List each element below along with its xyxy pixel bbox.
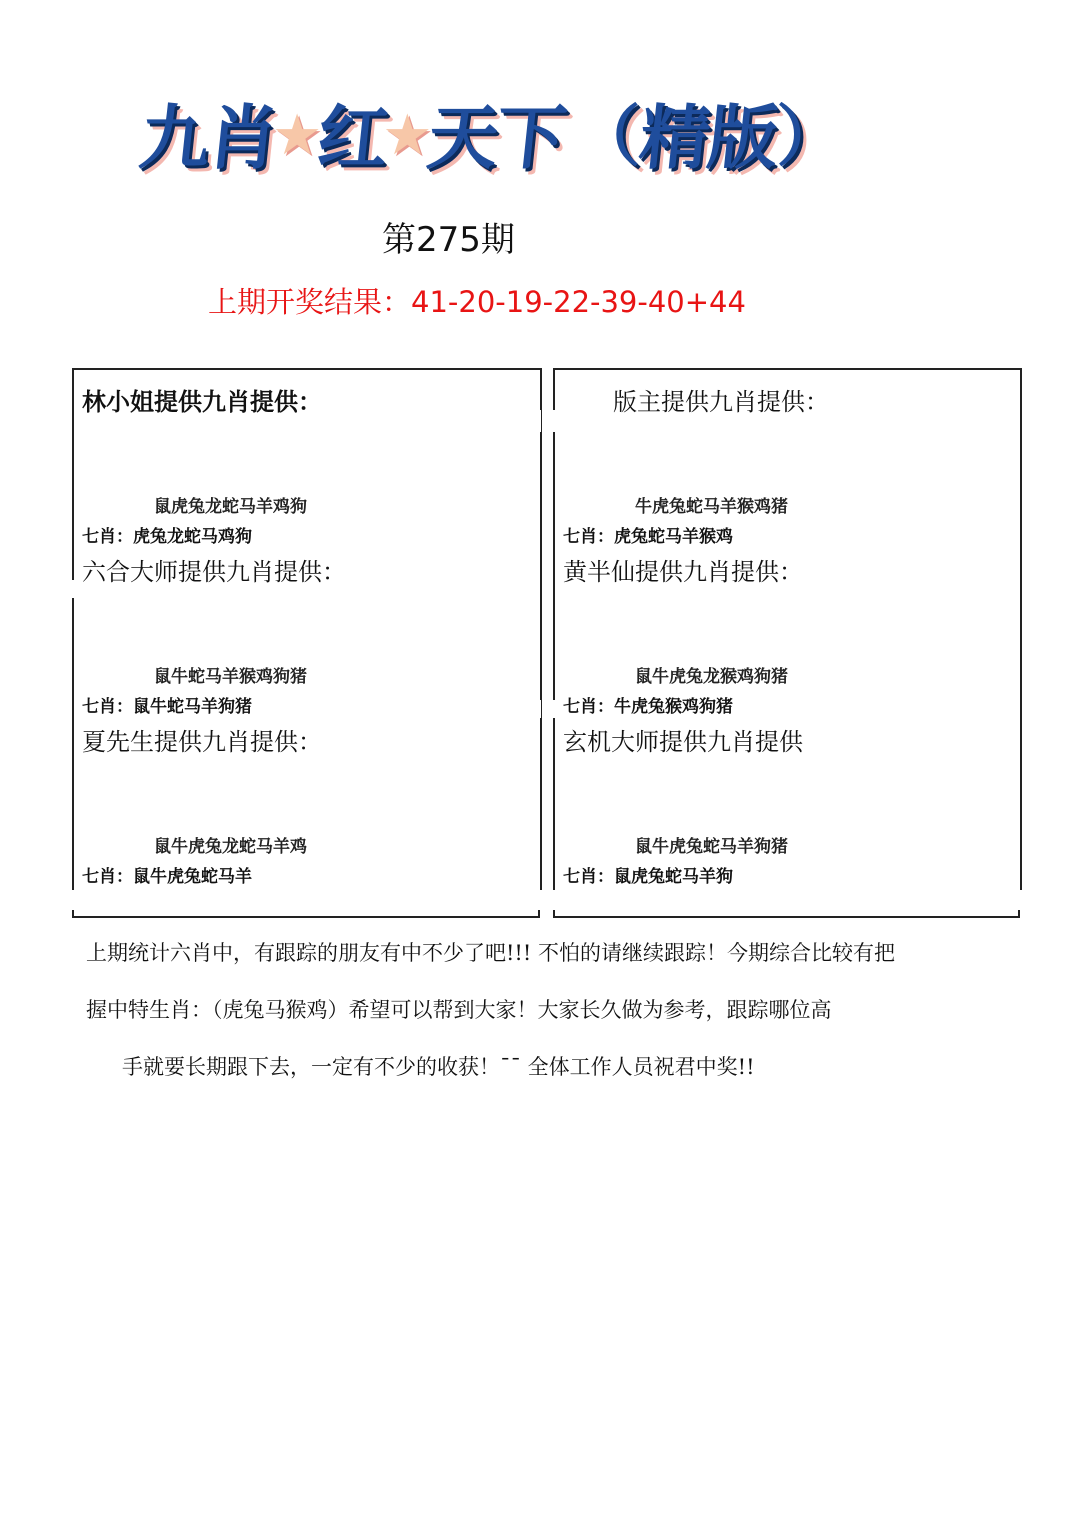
entry-xuanji-master: 玄机大师提供九肖提供 鼠牛虎兔蛇马羊狗猪 七肖：鼠虎兔蛇马羊狗: [563, 722, 803, 757]
nine-zodiac: 鼠虎兔龙蛇马羊鸡狗: [154, 492, 307, 517]
right-panel-bottom: [553, 916, 1020, 918]
nine-zodiac: 牛虎兔蛇马羊猴鸡猪: [635, 492, 788, 517]
seven-values: 牛虎兔猴鸡狗猪: [614, 697, 733, 717]
right-panel-border: [553, 368, 1022, 890]
seven-zodiac: 七肖：牛虎兔猴鸡狗猪: [563, 692, 733, 717]
nine-zodiac: 鼠牛虎兔龙猴鸡狗猪: [635, 662, 788, 687]
seven-values: 虎兔龙蛇马鸡狗: [133, 527, 252, 547]
seven-zodiac: 七肖：虎兔龙蛇马鸡狗: [82, 522, 252, 547]
seven-values: 鼠牛虎兔蛇马羊: [133, 867, 252, 887]
entry-liuhe-master: 六合大师提供九肖提供： 鼠牛蛇马羊猴鸡狗猪 七肖：鼠牛蛇马羊狗猪: [82, 552, 346, 587]
entry-moderator: 版主提供九肖提供： 牛虎兔蛇马羊猴鸡猪 七肖：虎兔蛇马羊猴鸡: [563, 382, 829, 417]
nine-zodiac: 鼠牛虎兔蛇马羊狗猪: [635, 832, 788, 857]
last-draw-result: 上期开奖结果：41-20-19-22-39-40+44: [208, 280, 746, 321]
seven-label: 七肖：: [82, 697, 133, 717]
seven-label: 七肖：: [82, 867, 133, 887]
entry-lin: 林小姐提供九肖提供： 鼠虎兔龙蛇马羊鸡狗 七肖：虎兔龙蛇马鸡狗: [82, 382, 322, 417]
seven-zodiac: 七肖：鼠虎兔蛇马羊狗: [563, 862, 733, 887]
banner-char: 肖: [204, 98, 280, 178]
banner-char: 天: [424, 98, 500, 178]
nine-zodiac: 鼠牛虎兔龙蛇马羊鸡: [154, 832, 307, 857]
banner-paren-open: （: [574, 83, 640, 178]
border-gap: [535, 700, 541, 718]
banner-char: 九: [136, 98, 212, 178]
banner-edition: 精版: [636, 98, 780, 178]
left-panel-bottom: [72, 916, 540, 918]
issue-number: 第275期: [382, 212, 515, 261]
footer-line-3: 手就要长期跟下去，一定有不少的收获！¯¯ 全体工作人员祝君中奖!!: [122, 1051, 755, 1081]
left-panel-border: [72, 368, 542, 890]
seven-values: 鼠虎兔蛇马羊狗: [614, 867, 733, 887]
entry-title: 黄半仙提供九肖提供：: [563, 552, 803, 587]
seven-zodiac: 七肖：鼠牛虎兔蛇马羊: [82, 862, 252, 887]
border-gap: [550, 700, 556, 718]
footer-line-2: 握中特生肖：（虎兔马猴鸡）希望可以帮到大家！大家长久做为参考，跟踪哪位高: [86, 994, 832, 1024]
entry-title: 夏先生提供九肖提供：: [82, 722, 322, 757]
entry-title: 林小姐提供九肖提供：: [82, 382, 322, 417]
border-gap: [550, 410, 556, 432]
seven-label: 七肖：: [563, 867, 614, 887]
entry-title: 玄机大师提供九肖提供: [563, 722, 803, 757]
last-draw-label: 上期开奖结果：: [208, 285, 411, 319]
seven-zodiac: 七肖：鼠牛蛇马羊狗猪: [82, 692, 252, 717]
banner-char: 红: [314, 98, 390, 178]
banner-paren-close: ）: [776, 83, 842, 178]
entry-huang: 黄半仙提供九肖提供： 鼠牛虎兔龙猴鸡狗猪 七肖：牛虎兔猴鸡狗猪: [563, 552, 803, 587]
footer-line-1: 上期统计六肖中，有跟踪的朋友有中不少了吧!!! 不怕的请继续跟踪！今期综合比较有…: [86, 937, 895, 967]
border-gap: [70, 580, 76, 598]
seven-values: 虎兔蛇马羊猴鸡: [614, 527, 733, 547]
last-draw-numbers: 41-20-19-22-39-40+44: [411, 285, 746, 319]
banner-title: 九 肖 ★ 红 ★ 天 下 （ 精版 ）: [140, 88, 900, 178]
entry-title: 六合大师提供九肖提供：: [82, 552, 346, 587]
entry-xia: 夏先生提供九肖提供： 鼠牛虎兔龙蛇马羊鸡 七肖：鼠牛虎兔蛇马羊: [82, 722, 322, 757]
seven-label: 七肖：: [563, 527, 614, 547]
entry-title: 版主提供九肖提供：: [613, 382, 829, 417]
seven-zodiac: 七肖：虎兔蛇马羊猴鸡: [563, 522, 733, 547]
seven-values: 鼠牛蛇马羊狗猪: [133, 697, 252, 717]
seven-label: 七肖：: [82, 527, 133, 547]
banner-char: 下: [492, 98, 568, 178]
nine-zodiac: 鼠牛蛇马羊猴鸡狗猪: [154, 662, 307, 687]
border-gap: [535, 410, 541, 432]
seven-label: 七肖：: [563, 697, 614, 717]
